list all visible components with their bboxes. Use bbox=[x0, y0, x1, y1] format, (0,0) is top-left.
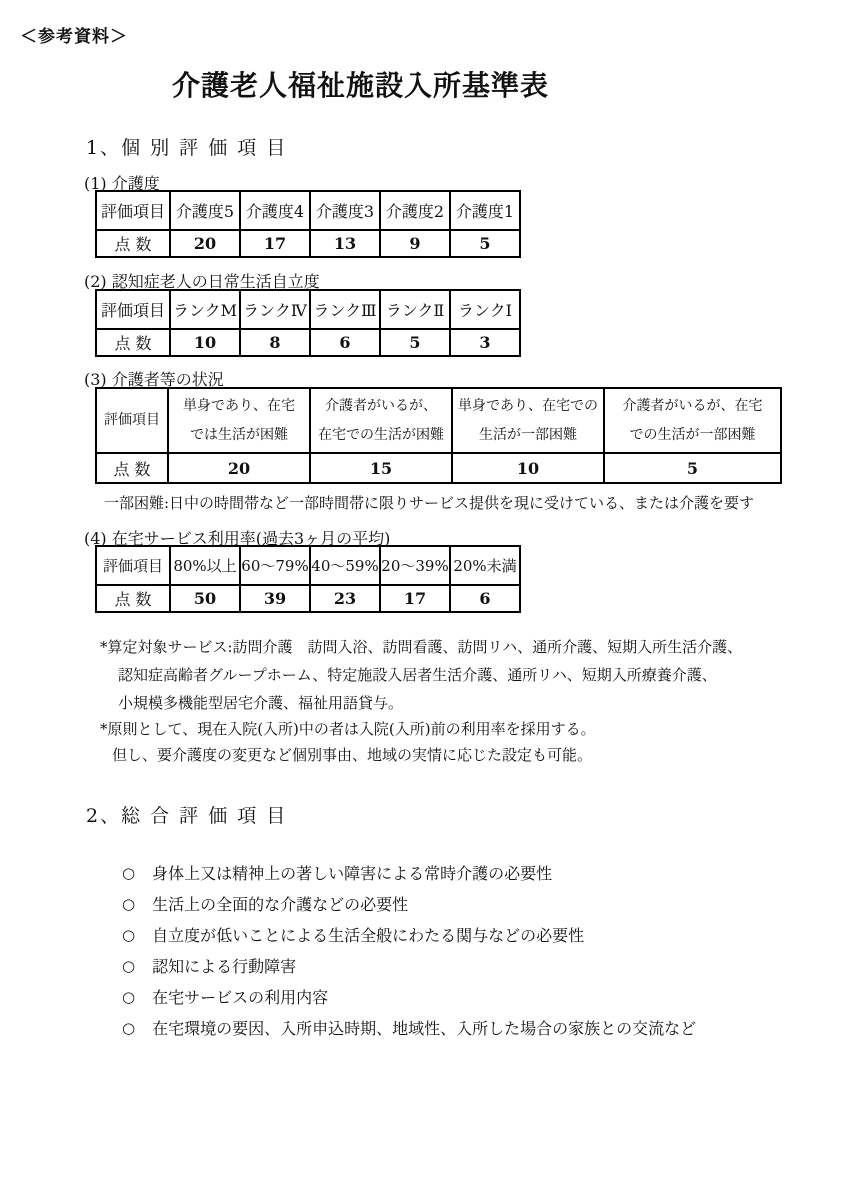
caregiver-situation-table: 評価項目 単身であり、在宅 では生活が困難 介護者がいるが、 在宅での生活が困難… bbox=[95, 387, 782, 484]
score-value-cell: 6 bbox=[450, 585, 520, 612]
column-header-cell: ランクⅣ bbox=[240, 290, 310, 329]
score-label-cell: 点 数 bbox=[96, 329, 170, 356]
list-item: ○ 生活上の全面的な介護などの必要性 bbox=[122, 888, 696, 919]
dementia-rank-table: 評価項目 ランクM ランクⅣ ランクⅢ ランクⅡ ランクⅠ 点 数 10 8 6… bbox=[95, 289, 521, 357]
list-item-text: 認知による行動障害 bbox=[152, 954, 296, 977]
eval-item-header-cell: 評価項目 bbox=[96, 290, 170, 329]
score-value-cell: 17 bbox=[240, 230, 310, 257]
circle-bullet-icon: ○ bbox=[122, 988, 135, 1006]
circle-bullet-icon: ○ bbox=[122, 957, 135, 975]
column-header-cell: ランクⅢ bbox=[310, 290, 380, 329]
score-value-cell: 20 bbox=[170, 230, 240, 257]
table-score-row: 点 数 10 8 6 5 3 bbox=[96, 329, 520, 356]
table-header-row: 評価項目 介護度5 介護度4 介護度3 介護度2 介護度1 bbox=[96, 191, 520, 230]
eval-item-header-cell: 評価項目 bbox=[96, 546, 170, 585]
list-item-text: 生活上の全面的な介護などの必要性 bbox=[152, 892, 408, 915]
score-value-cell: 5 bbox=[604, 453, 781, 483]
score-label-cell: 点 数 bbox=[96, 585, 170, 612]
list-item: ○ 認知による行動障害 bbox=[122, 950, 696, 981]
column-header-cell: 介護度1 bbox=[450, 191, 520, 230]
circle-bullet-icon: ○ bbox=[122, 895, 135, 913]
column-header-cell: 介護度3 bbox=[310, 191, 380, 230]
table-header-row: 評価項目 ランクM ランクⅣ ランクⅢ ランクⅡ ランクⅠ bbox=[96, 290, 520, 329]
table-score-row: 点 数 20 17 13 9 5 bbox=[96, 230, 520, 257]
section-1-heading: 1、個 別 評 価 項 目 bbox=[86, 133, 287, 160]
list-item-text: 在宅サービスの利用内容 bbox=[152, 985, 328, 1008]
column-header-cell: 介護度2 bbox=[380, 191, 450, 230]
column-header-cell: 介護度5 bbox=[170, 191, 240, 230]
score-value-cell: 3 bbox=[450, 329, 520, 356]
circle-bullet-icon: ○ bbox=[122, 926, 135, 944]
table-score-row: 点 数 50 39 23 17 6 bbox=[96, 585, 520, 612]
score-value-cell: 5 bbox=[450, 230, 520, 257]
footnote-line: *算定対象サービス:訪問介護 訪問入浴、訪問看護、訪問リハ、通所介護、短期入所生… bbox=[100, 633, 742, 661]
column-header-cell: 20～39% bbox=[380, 546, 450, 585]
document-title: 介護老人福祉施設入所基準表 bbox=[172, 64, 549, 104]
list-item: ○ 身体上又は精神上の著しい障害による常時介護の必要性 bbox=[122, 857, 696, 888]
table-header-row: 評価項目 単身であり、在宅 では生活が困難 介護者がいるが、 在宅での生活が困難… bbox=[96, 388, 781, 453]
table-score-row: 点 数 20 15 10 5 bbox=[96, 453, 781, 483]
hospitalization-rule-footnote: *原則として、現在入院(入所)中の者は入院(入所)前の利用率を採用する。 但し、… bbox=[100, 716, 596, 768]
column-header-cell: ランクM bbox=[170, 290, 240, 329]
circle-bullet-icon: ○ bbox=[122, 1019, 135, 1037]
list-item-text: 身体上又は精神上の著しい障害による常時介護の必要性 bbox=[152, 861, 552, 884]
list-item: ○ 在宅サービスの利用内容 bbox=[122, 981, 696, 1012]
score-value-cell: 10 bbox=[170, 329, 240, 356]
column-header-cell: 60～79% bbox=[240, 546, 310, 585]
column-header-cell: ランクⅠ bbox=[450, 290, 520, 329]
circle-bullet-icon: ○ bbox=[122, 864, 135, 882]
footnote-line: *原則として、現在入院(入所)中の者は入院(入所)前の利用率を採用する。 bbox=[100, 716, 596, 742]
care-level-table: 評価項目 介護度5 介護度4 介護度3 介護度2 介護度1 点 数 20 17 … bbox=[95, 190, 521, 258]
score-value-cell: 13 bbox=[310, 230, 380, 257]
list-item-text: 在宅環境の要因、入所申込時期、地域性、入所した場合の家族との交流など bbox=[152, 1016, 696, 1039]
list-item-text: 自立度が低いことによる生活全般にわたる関与などの必要性 bbox=[152, 923, 584, 946]
column-header-cell: 40～59% bbox=[310, 546, 380, 585]
eval-item-header-cell: 評価項目 bbox=[96, 388, 168, 453]
footnote-line: 但し、要介護度の変更など個別事由、地域の実情に応じた設定も可能。 bbox=[100, 742, 596, 768]
partial-difficulty-note: 一部困難:日中の時間帯など一部時間帯に限りサービス提供を現に受けている、または介… bbox=[104, 492, 754, 513]
score-value-cell: 6 bbox=[310, 329, 380, 356]
column-header-cell: 20%未満 bbox=[450, 546, 520, 585]
reference-tag: ＜参考資料＞ bbox=[20, 22, 128, 47]
eval-item-header-cell: 評価項目 bbox=[96, 191, 170, 230]
column-header-cell: 介護者がいるが、 在宅での生活が困難 bbox=[310, 388, 452, 453]
table-header-row: 評価項目 80%以上 60～79% 40～59% 20～39% 20%未満 bbox=[96, 546, 520, 585]
list-item: ○ 自立度が低いことによる生活全般にわたる関与などの必要性 bbox=[122, 919, 696, 950]
document-page: ＜参考資料＞ 介護老人福祉施設入所基準表 1、個 別 評 価 項 目 (1) 介… bbox=[0, 0, 848, 1200]
column-header-cell: 単身であり、在宅 では生活が困難 bbox=[168, 388, 310, 453]
column-header-cell: 介護者がいるが、在宅 での生活が一部困難 bbox=[604, 388, 781, 453]
score-label-cell: 点 数 bbox=[96, 230, 170, 257]
score-value-cell: 5 bbox=[380, 329, 450, 356]
score-value-cell: 15 bbox=[310, 453, 452, 483]
score-value-cell: 17 bbox=[380, 585, 450, 612]
column-header-cell: 介護度4 bbox=[240, 191, 310, 230]
footnote-line: 小規模多機能型居宅介護、福祉用語貸与。 bbox=[100, 689, 742, 717]
score-value-cell: 39 bbox=[240, 585, 310, 612]
score-value-cell: 23 bbox=[310, 585, 380, 612]
score-value-cell: 8 bbox=[240, 329, 310, 356]
column-header-cell: ランクⅡ bbox=[380, 290, 450, 329]
score-value-cell: 10 bbox=[452, 453, 604, 483]
section-2-heading: 2、総 合 評 価 項 目 bbox=[86, 801, 287, 828]
column-header-cell: 80%以上 bbox=[170, 546, 240, 585]
overall-evaluation-list: ○ 身体上又は精神上の著しい障害による常時介護の必要性 ○ 生活上の全面的な介護… bbox=[122, 857, 696, 1043]
column-header-cell: 単身であり、在宅での 生活が一部困難 bbox=[452, 388, 604, 453]
home-service-usage-table: 評価項目 80%以上 60～79% 40～59% 20～39% 20%未満 点 … bbox=[95, 545, 521, 613]
footnote-line: 認知症高齢者グループホーム、特定施設入居者生活介護、通所リハ、短期入所療養介護、 bbox=[100, 661, 742, 689]
score-value-cell: 9 bbox=[380, 230, 450, 257]
calculation-services-footnote: *算定対象サービス:訪問介護 訪問入浴、訪問看護、訪問リハ、通所介護、短期入所生… bbox=[100, 633, 742, 717]
score-label-cell: 点 数 bbox=[96, 453, 168, 483]
score-value-cell: 20 bbox=[168, 453, 310, 483]
list-item: ○ 在宅環境の要因、入所申込時期、地域性、入所した場合の家族との交流など bbox=[122, 1012, 696, 1043]
score-value-cell: 50 bbox=[170, 585, 240, 612]
